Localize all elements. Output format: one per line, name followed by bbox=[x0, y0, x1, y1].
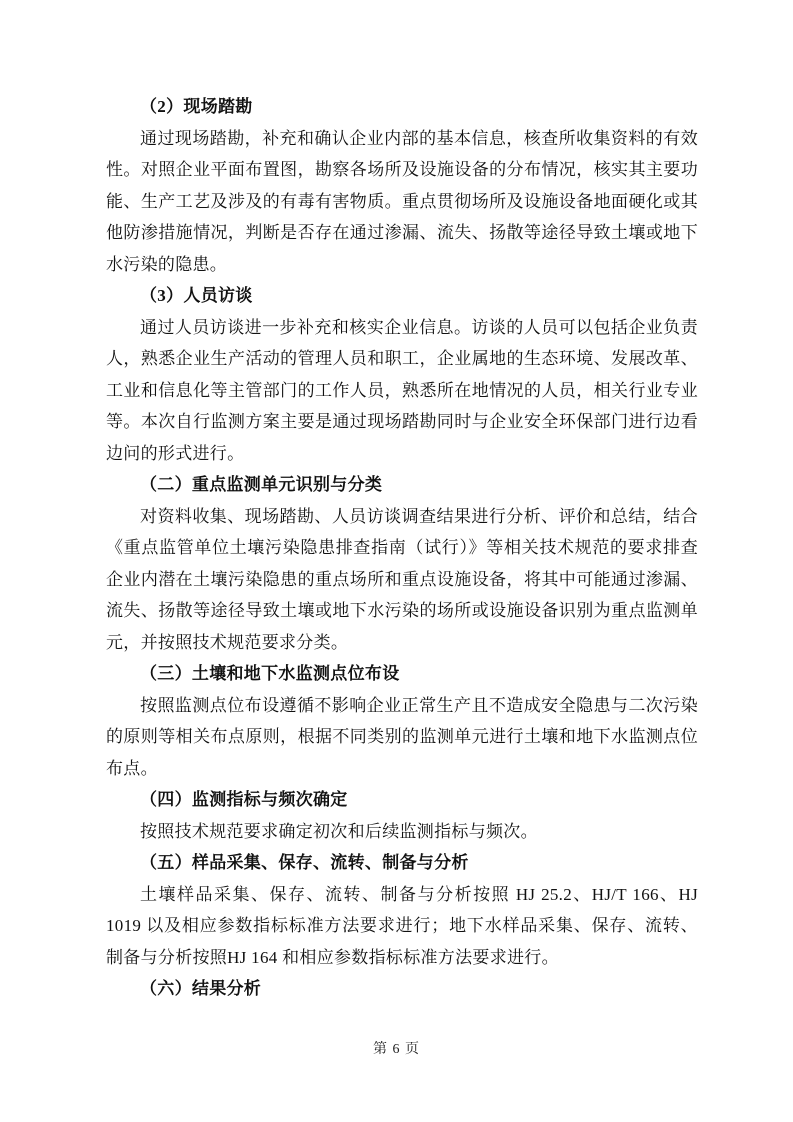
section-heading-personnel-interview: （3）人员访谈 bbox=[106, 280, 698, 312]
paragraph-site-survey: 通过现场踏勘，补充和确认企业内部的基本信息，核查所收集资料的有效性。对照企业平面… bbox=[106, 123, 698, 281]
paragraph-key-monitoring-units: 对资料收集、现场踏勘、人员访谈调查结果进行分析、评价和总结，结合《重点监管单位土… bbox=[106, 501, 698, 659]
section-heading-site-survey: （2）现场踏勘 bbox=[106, 91, 698, 123]
paragraph-monitoring-point-layout: 按照监测点位布设遵循不影响企业正常生产且不造成安全隐患与二次污染的原则等相关布点… bbox=[106, 690, 698, 785]
section-heading-monitoring-point-layout: （三）土壤和地下水监测点位布设 bbox=[106, 658, 698, 690]
section-heading-indicators-frequency: （四）监测指标与频次确定 bbox=[106, 784, 698, 816]
paragraph-indicators-frequency: 按照技术规范要求确定初次和后续监测指标与频次。 bbox=[106, 816, 698, 848]
document-page: （2）现场踏勘 通过现场踏勘，补充和确认企业内部的基本信息，核查所收集资料的有效… bbox=[0, 0, 793, 1122]
paragraph-sample-handling: 土壤样品采集、保存、流转、制备与分析按照 HJ 25.2、HJ/T 166、HJ… bbox=[106, 879, 698, 974]
page-number-footer: 第 6 页 bbox=[0, 1038, 793, 1058]
paragraph-personnel-interview: 通过人员访谈进一步补充和核实企业信息。访谈的人员可以包括企业负责人，熟悉企业生产… bbox=[106, 312, 698, 470]
section-heading-key-monitoring-units: （二）重点监测单元识别与分类 bbox=[106, 469, 698, 501]
section-heading-sample-handling: （五）样品采集、保存、流转、制备与分析 bbox=[106, 847, 698, 879]
document-body: （2）现场踏勘 通过现场踏勘，补充和确认企业内部的基本信息，核查所收集资料的有效… bbox=[106, 91, 698, 1005]
section-heading-result-analysis: （六）结果分析 bbox=[106, 973, 698, 1005]
